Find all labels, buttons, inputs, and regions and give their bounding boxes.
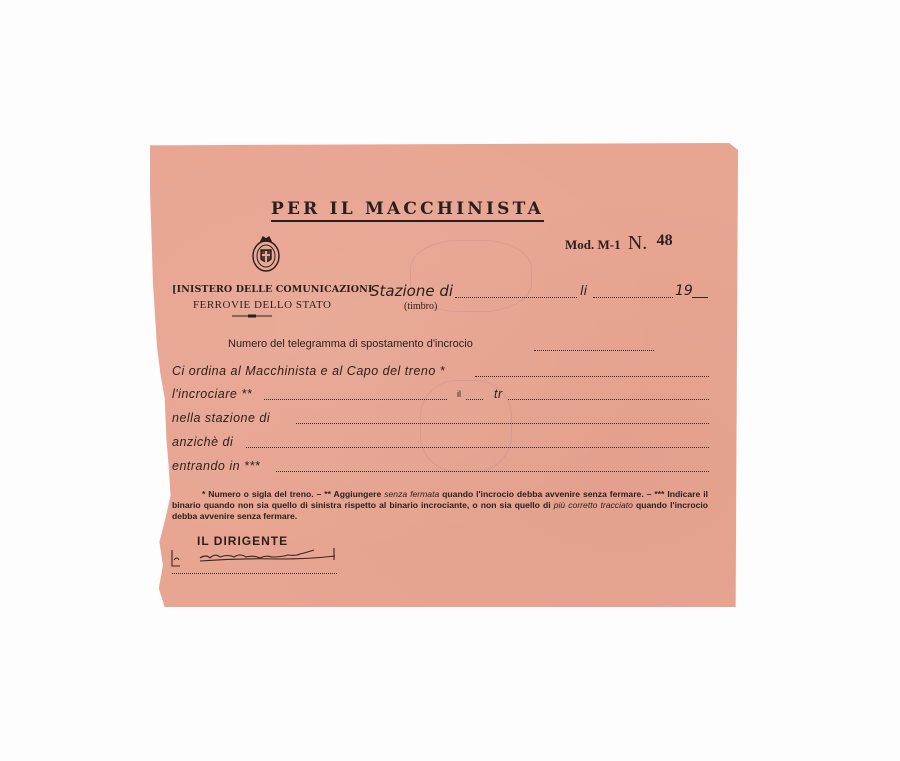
coat-of-arms-icon <box>250 234 282 274</box>
footnote-emphasis: più corretto tracciato <box>554 500 633 510</box>
field-label-crossing: l'incrociare ** <box>172 387 252 401</box>
form-number: 48 <box>657 232 673 249</box>
date-field[interactable] <box>593 297 673 298</box>
footnote-text: * Numero o sigla del treno. – ** Aggiung… <box>172 489 384 499</box>
field-label-entering: entrando in *** <box>172 459 260 473</box>
order-label-text: Ci ordina al Macchinista e al Capo del t… <box>172 364 445 378</box>
instead-of-field[interactable] <box>246 447 709 448</box>
field-label-station: nella stazione di <box>172 411 270 425</box>
entering-track-field[interactable] <box>276 471 709 472</box>
handwritten-signature-icon <box>170 544 340 570</box>
field-label-order: Ci ordina al Macchinista e al Capo del t… <box>172 364 445 378</box>
crossing-mid-field[interactable] <box>466 399 483 400</box>
signature-field[interactable] <box>172 573 337 574</box>
crossing-mid-label: il <box>457 389 461 399</box>
year-prefix: 19 <box>675 283 693 299</box>
train-field[interactable] <box>508 399 709 400</box>
station-field[interactable] <box>455 297 577 298</box>
field-label-telegram-number: Numero del telegramma di spostamento d'i… <box>228 338 473 350</box>
number-prefix: N. <box>628 232 647 254</box>
stamp-note: (timbro) <box>404 301 437 312</box>
crossing-field[interactable] <box>264 399 447 400</box>
form-title: PER IL MACCHINISTA <box>271 199 544 222</box>
ministry-name: [INISTERO DELLE COMUNICAZIONI <box>172 284 372 295</box>
station-label: Stazione di <box>370 282 453 300</box>
order-field[interactable] <box>475 376 709 377</box>
model-label: Mod. M-1 <box>565 237 621 252</box>
ornament-divider-icon <box>232 314 272 318</box>
footnote-emphasis: senza fermata <box>384 489 439 499</box>
field-label-instead-of: anzichè di <box>172 435 233 449</box>
telegram-number-field[interactable] <box>534 350 654 351</box>
train-tr-label: tr <box>494 387 503 401</box>
year-field[interactable] <box>692 297 708 298</box>
railways-name: FERROVIE DELLO STATO <box>193 299 331 311</box>
model-number: Mod. M-1 N. 48 <box>565 232 673 255</box>
station-crossing-field[interactable] <box>296 423 709 424</box>
footnotes: * Numero o sigla del treno. – ** Aggiung… <box>172 489 708 522</box>
date-label: li <box>580 284 587 299</box>
